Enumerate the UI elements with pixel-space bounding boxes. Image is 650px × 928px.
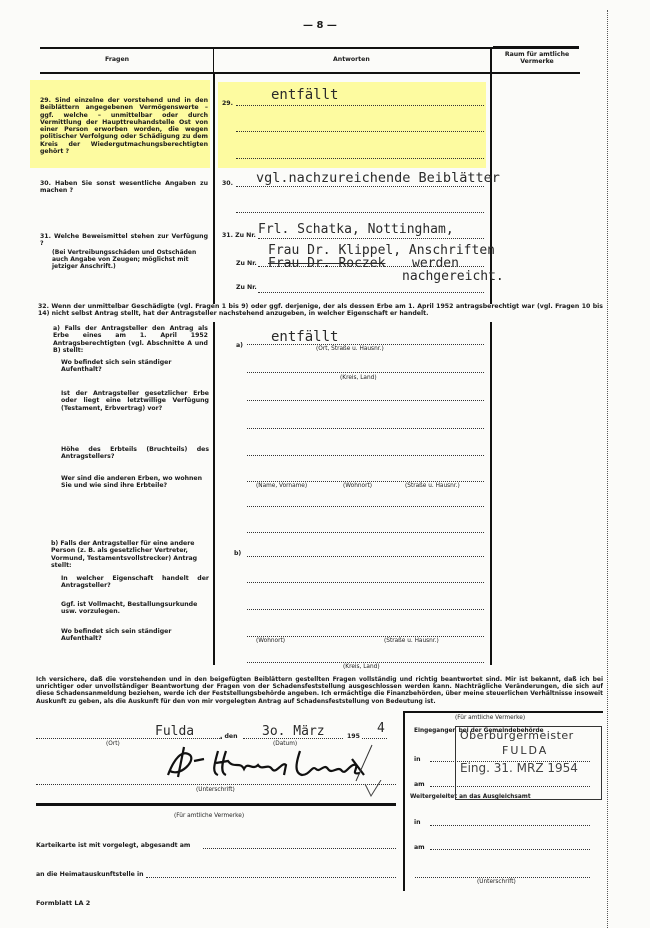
column-header-answers: Antworten [333, 56, 370, 63]
q31-answer-line4[interactable]: nachgereicht. [402, 269, 504, 284]
q32b-capacity: In welcher Eigenschaft handelt der Antra… [61, 575, 209, 590]
checkmark-icon [363, 780, 383, 798]
signature-place[interactable]: Fulda [155, 724, 194, 739]
den-label: , den [220, 733, 238, 740]
q30-number: 30. [222, 180, 233, 187]
official-box-am2-line [430, 849, 590, 850]
column-divider-left [213, 48, 214, 72]
stamp-line3: Eing. 31. MRZ 1954 [460, 761, 578, 775]
q32a-caption-name: (Name, Vorname) [256, 483, 307, 489]
page-number: — 8 — [303, 22, 337, 29]
q29-line-1 [236, 105, 484, 106]
year-line [362, 738, 387, 739]
q31-line-1 [258, 238, 484, 239]
header-top-rule [40, 47, 532, 49]
bottom-card-label: Karteikarte ist mit vorgelegt, abgesandt… [36, 842, 190, 849]
declaration-text: Ich versichere, daß die vorstehenden und… [36, 676, 603, 705]
q32b-question: b) Falls der Antragsteller für eine ande… [51, 540, 209, 569]
q31-question: 31. Welche Beweismittel stehen zur Verfü… [40, 233, 208, 248]
q29-question: 29. Sind einzelne der vorstehend und in … [40, 97, 208, 155]
official-box-title: (Für amtliche Vermerke) [455, 715, 525, 721]
q32a-line-5 [247, 455, 484, 456]
bottom-office-line [146, 877, 396, 878]
q29-line-2 [236, 131, 484, 132]
q31-line-3 [258, 292, 484, 293]
header-top-rule-right [493, 46, 579, 49]
q30-answer[interactable]: vgl.nachzureichende Beiblätter [256, 170, 500, 186]
official-box-am: am [414, 781, 425, 788]
q31-number: 31. Zu Nr. [222, 232, 256, 239]
q32a-line-8 [247, 532, 484, 533]
q31-zu-nr-3: Zu Nr. [236, 284, 257, 291]
caption-signature: (Unterschrift) [196, 787, 235, 793]
official-box-in2-line [430, 825, 590, 826]
signature-bottom-rule [36, 803, 396, 806]
q32a-share: Höhe des Erbteils (Bruchteils) des Antra… [61, 446, 209, 461]
q32a-answer[interactable]: entfällt [271, 329, 338, 345]
bottom-office-label: an die Heimatauskunftstelle in [36, 871, 144, 878]
official-box-signature-line [415, 877, 590, 878]
q32b-line-4 [247, 636, 484, 637]
q32b-line-2 [247, 582, 484, 583]
q32a-residence: Wo befindet sich sein ständiger Aufentha… [61, 359, 209, 374]
q32a-caption-residence: (Wohnort) [343, 483, 372, 489]
official-box-in2: in [414, 819, 421, 826]
q31-answer-line1[interactable]: Frl. Schatka, Nottingham, [258, 222, 454, 237]
official-box-left [403, 711, 405, 891]
official-box-am2: am [414, 844, 425, 851]
q30-line-1 [236, 186, 484, 187]
q32a-caption-street: (Straße u. Hausnr.) [405, 483, 460, 489]
q32a-line-7 [247, 506, 484, 507]
bottom-official-title: (Für amtliche Vermerke) [174, 813, 244, 819]
column-header-official: Raum für amtliche Vermerke [496, 51, 578, 66]
year-suffix[interactable]: 4 [377, 721, 385, 736]
caption-place: (Ort) [106, 741, 120, 747]
q31-question-note: (Bei Vertreibungsschäden und Ostschäden … [52, 249, 208, 270]
q32a-legal-heir: Ist der Antragsteller gesetzlicher Erbe … [61, 390, 209, 412]
signature-line [36, 784, 396, 785]
q32b-line-5 [247, 662, 484, 663]
official-box-in: in [414, 756, 421, 763]
header-bottom-rule [40, 72, 580, 74]
handwritten-signature [160, 741, 380, 785]
stamp-line2: FULDA [502, 744, 548, 757]
q31-line-2 [258, 266, 484, 267]
receipt-stamp: Oberbürgermeister FULDA Eing. 31. MRZ 19… [455, 726, 602, 800]
q32a-question: a) Falls der Antragsteller den Antrag al… [53, 325, 208, 354]
year-prefix: 195 [347, 733, 360, 740]
form-id: Formblatt LA 2 [36, 900, 90, 907]
q32a-line-2 [247, 372, 484, 373]
q32-intro: 32. Wenn der unmittelbar Geschädigte (vg… [38, 303, 603, 318]
official-box-caption-signature: (Unterschrift) [477, 879, 516, 885]
q32b-label: b) [234, 550, 241, 557]
q32a-caption-address: (Ort, Straße u. Hausnr.) [316, 346, 384, 352]
official-box-top [403, 711, 603, 713]
perforation-line [607, 10, 608, 928]
highlight-q29-answer [218, 82, 486, 168]
q32b-caption-street: (Straße u. Hausnr.) [384, 638, 439, 644]
bottom-card-line [203, 848, 396, 849]
q32-divider-left [213, 322, 215, 665]
q29-line-3 [236, 158, 484, 159]
q32b-power: Ggf. ist Vollmacht, Bestallungsurkunde u… [61, 601, 209, 616]
q32a-line-3 [247, 400, 484, 401]
q30-question: 30. Haben Sie sonst wesentliche Angaben … [40, 180, 208, 195]
q31-zu-nr-2: Zu Nr. [236, 260, 257, 267]
date-line [243, 738, 343, 739]
stamp-line1: Oberbürgermeister [460, 729, 574, 742]
q30-line-2 [236, 212, 484, 213]
q32b-caption-residence: (Wohnort) [256, 638, 285, 644]
q32a-line-6 [247, 481, 484, 482]
q29-number: 29. [222, 100, 233, 107]
q32a-line-1 [247, 344, 484, 345]
signature-date[interactable]: 3o. März [262, 724, 325, 739]
q32b-line-3 [247, 609, 484, 610]
column-header-questions: Fragen [105, 56, 129, 63]
q32a-label: a) [236, 342, 243, 349]
place-line [36, 738, 222, 739]
column-divider-left-body [213, 74, 215, 304]
q31-answer-line3-struck[interactable]: Frau Dr. Roczek [268, 256, 385, 271]
q32a-line-4 [247, 428, 484, 429]
q32b-line-1 [247, 556, 484, 557]
q32a-caption-district: (Kreis, Land) [340, 375, 377, 381]
q32b-caption-district: (Kreis, Land) [343, 664, 380, 670]
q32-divider-right [490, 322, 492, 665]
q32a-other-heirs: Wer sind die anderen Erben, wo wohnen Si… [61, 475, 209, 490]
q29-answer[interactable]: entfällt [271, 87, 338, 103]
q32b-residence: Wo befindet sich sein ständiger Aufentha… [61, 628, 209, 643]
